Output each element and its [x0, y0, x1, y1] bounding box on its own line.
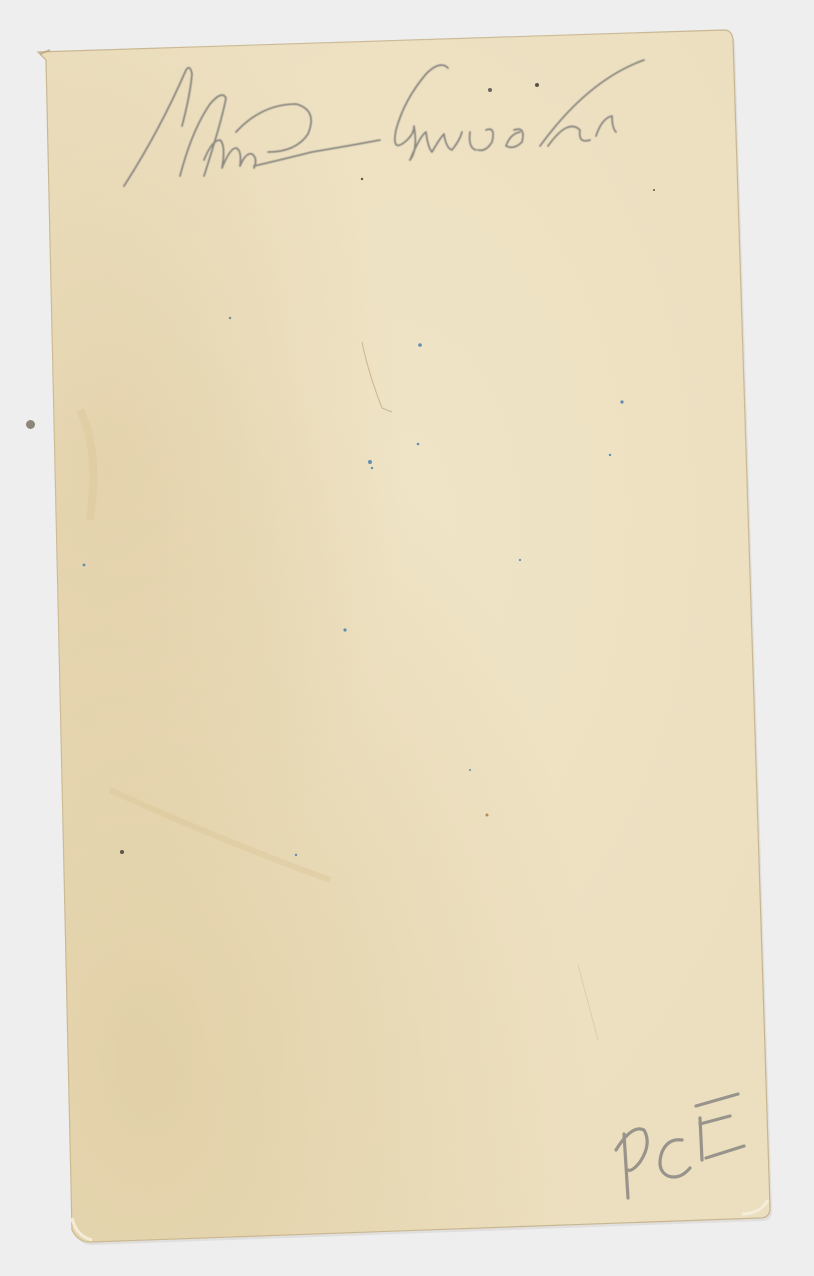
background-speck: [26, 420, 35, 429]
card-illustration: [0, 0, 814, 1276]
photo-card-back: [0, 0, 814, 1276]
i-dot: [488, 88, 492, 92]
